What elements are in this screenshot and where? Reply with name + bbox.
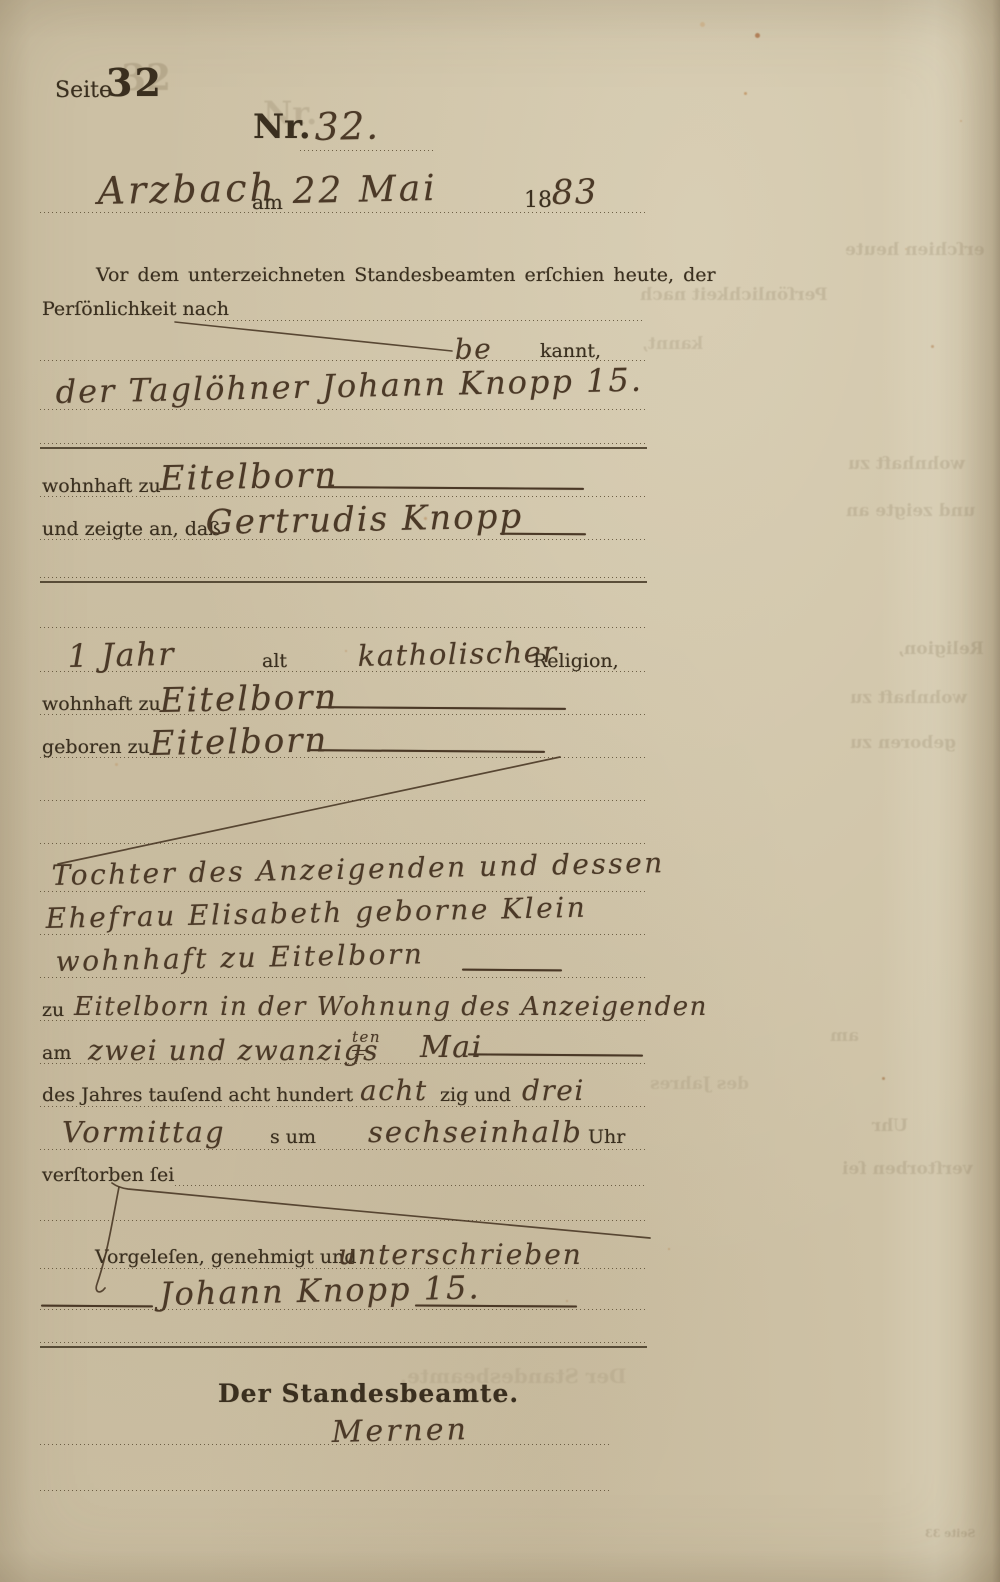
dotted-entry-line [40, 843, 645, 844]
death-register-page: 32Nr.erſchien heutePerſönlichkeit nachka… [0, 0, 1000, 1582]
handwritten-fill-stroke [462, 969, 562, 972]
nr-label: Nr. [253, 110, 311, 144]
official-signature: Mernen [331, 1415, 469, 1448]
foxing-spot [755, 33, 760, 38]
dotted-entry-line [40, 627, 645, 628]
bottom-strike-leg [96, 1187, 119, 1292]
foxing-spot [744, 92, 747, 95]
foxing-spot [115, 763, 118, 766]
bleedthrough-text: und zeigte an [846, 503, 975, 520]
wohnhaft-zu-label-2: wohnhaft zu [42, 695, 161, 714]
declarant-signature: Johann Knopp 15. [159, 1271, 481, 1310]
handwritten-fill-stroke [318, 486, 584, 490]
religion-label: Religion, [533, 652, 619, 671]
deceased-residence-handwritten: Eitelborn [159, 680, 338, 718]
mid-blank-strike [58, 757, 560, 864]
bleedthrough-text: Uhr [872, 1118, 908, 1135]
foxing-spot [700, 22, 705, 27]
bleedthrough-text: wohnhaft zu [850, 690, 967, 707]
alt-label: alt [262, 652, 287, 671]
handwritten-fill-stroke [41, 1305, 153, 1308]
bleedthrough-text: des Jahres [650, 1076, 749, 1093]
bottom-strike-long [112, 1183, 650, 1238]
year-tens-handwritten: acht [360, 1077, 428, 1105]
year-printed-prefix: 18 [524, 190, 552, 212]
dotted-entry-line [175, 1185, 645, 1186]
announce-label: und zeigte an, daß [42, 520, 221, 539]
verstorben-label: verſtorben ſei [42, 1166, 174, 1185]
dotted-entry-line [40, 800, 645, 801]
year-ones-handwritten: drei [522, 1077, 585, 1105]
handwritten-fill-stroke [316, 706, 566, 710]
am-label: am [252, 192, 283, 212]
persoenlichkeit-label: Perſönlichkeit nach [42, 300, 229, 319]
religion-handwritten: katholischer [357, 638, 558, 671]
foxing-spot [345, 650, 347, 652]
day-month-handwritten: 22 Mai [292, 171, 438, 210]
year-handwritten: 83 [551, 175, 598, 210]
hour-handwritten: sechseinhalb [368, 1118, 583, 1147]
uhr-label: Uhr [588, 1128, 625, 1147]
pen-strokes [0, 0, 1000, 1582]
bleedthrough-text: kannt, [642, 336, 703, 353]
bleedthrough-text: Seite 33 [925, 1528, 975, 1539]
deceased-name-handwritten: Gertrudis Knopp [205, 499, 523, 540]
dotted-entry-line [40, 443, 645, 444]
zu-label: zu [42, 1001, 64, 1020]
foxing-spot [960, 120, 962, 122]
bleedthrough-text: verſtorben ſei [842, 1161, 973, 1178]
wohnhaft-zu-label-1: wohnhaft zu [42, 477, 161, 496]
vorgelesen-label: Vorgeleſen, genehmigt und [95, 1248, 357, 1267]
bleedthrough-text: erſchien heute [845, 242, 985, 259]
printed-rule-line [40, 581, 647, 583]
death-month-handwritten: Mai [420, 1033, 483, 1063]
dotted-entry-line [205, 320, 645, 321]
seite-label: Seite [55, 80, 112, 102]
bleedthrough-text: Religion, [898, 641, 984, 658]
declarant-entry-handwritten: der Taglöhner Johann Knopp 15. [55, 364, 643, 408]
dotted-entry-line [300, 150, 435, 151]
foxing-spot [905, 248, 907, 250]
foxing-spot [882, 1077, 885, 1080]
zig-und-label: zig und [440, 1086, 511, 1105]
birthplace-handwritten: Eitelborn [149, 723, 328, 761]
bleedthrough-text: am [830, 1028, 859, 1045]
daytime-handwritten: Vormittag [62, 1118, 226, 1147]
dotted-entry-line [40, 1444, 612, 1445]
printed-rule-line [40, 1346, 647, 1348]
known-printed: kannt, [540, 342, 601, 361]
dotted-entry-line [40, 577, 645, 578]
dotted-entry-line [40, 977, 645, 978]
s-um-label: s um [270, 1128, 316, 1147]
death-day-handwritten: zwei und zwanzigs [88, 1037, 379, 1065]
dotted-entry-line [40, 1220, 645, 1221]
known-handwritten: be [454, 335, 492, 364]
death-place-handwritten: Eitelborn in der Wohnung des Anzeigenden [74, 994, 708, 1020]
bleedthrough-text: wohnhaft zu [848, 456, 965, 473]
dotted-entry-line [40, 1490, 610, 1491]
geboren-zu-label: geboren zu [42, 738, 150, 757]
age-handwritten: 1 Jahr [67, 638, 175, 672]
place-handwritten: Arzbach [97, 168, 277, 210]
dotted-entry-line [40, 1342, 645, 1343]
handwritten-fill-stroke [468, 1053, 643, 1056]
bleedthrough-text: Perſönlichkeit nach [640, 287, 828, 304]
year-label: des Jahres tauſend acht hundert [42, 1086, 353, 1105]
handwritten-fill-stroke [308, 749, 545, 753]
foxing-spot [668, 1248, 670, 1250]
relation-line3-handwritten: wohnhaft zu Eitelborn [55, 940, 424, 976]
signed-manner-handwritten: unterschrieben [338, 1241, 583, 1269]
official-title: Der Standesbeamte. [218, 1381, 519, 1406]
relation-line1-handwritten: Tochter des Anzeigenden und dessen [51, 849, 665, 890]
foxing-spot [931, 345, 934, 348]
nr-value-handwritten: 32. [314, 107, 380, 146]
death-day-suffix-superscript: ten [352, 1030, 381, 1045]
page-number: 32 [106, 64, 163, 102]
death-am-label: am [42, 1044, 71, 1063]
foxing-spot [566, 1300, 568, 1302]
printed-rule-line [40, 447, 647, 449]
declarant-residence-handwritten: Eitelborn [159, 458, 338, 496]
bleedthrough-text: geboren zu [850, 735, 956, 752]
intro-blank-strike [175, 322, 452, 351]
intro-line1: Vor dem unterzeichneten Standesbeamten e… [96, 266, 716, 285]
dotted-entry-line [40, 934, 645, 935]
dotted-entry-line [40, 1149, 645, 1150]
relation-line2-handwritten: Ehefrau Elisabeth geborne Klein [45, 894, 587, 933]
